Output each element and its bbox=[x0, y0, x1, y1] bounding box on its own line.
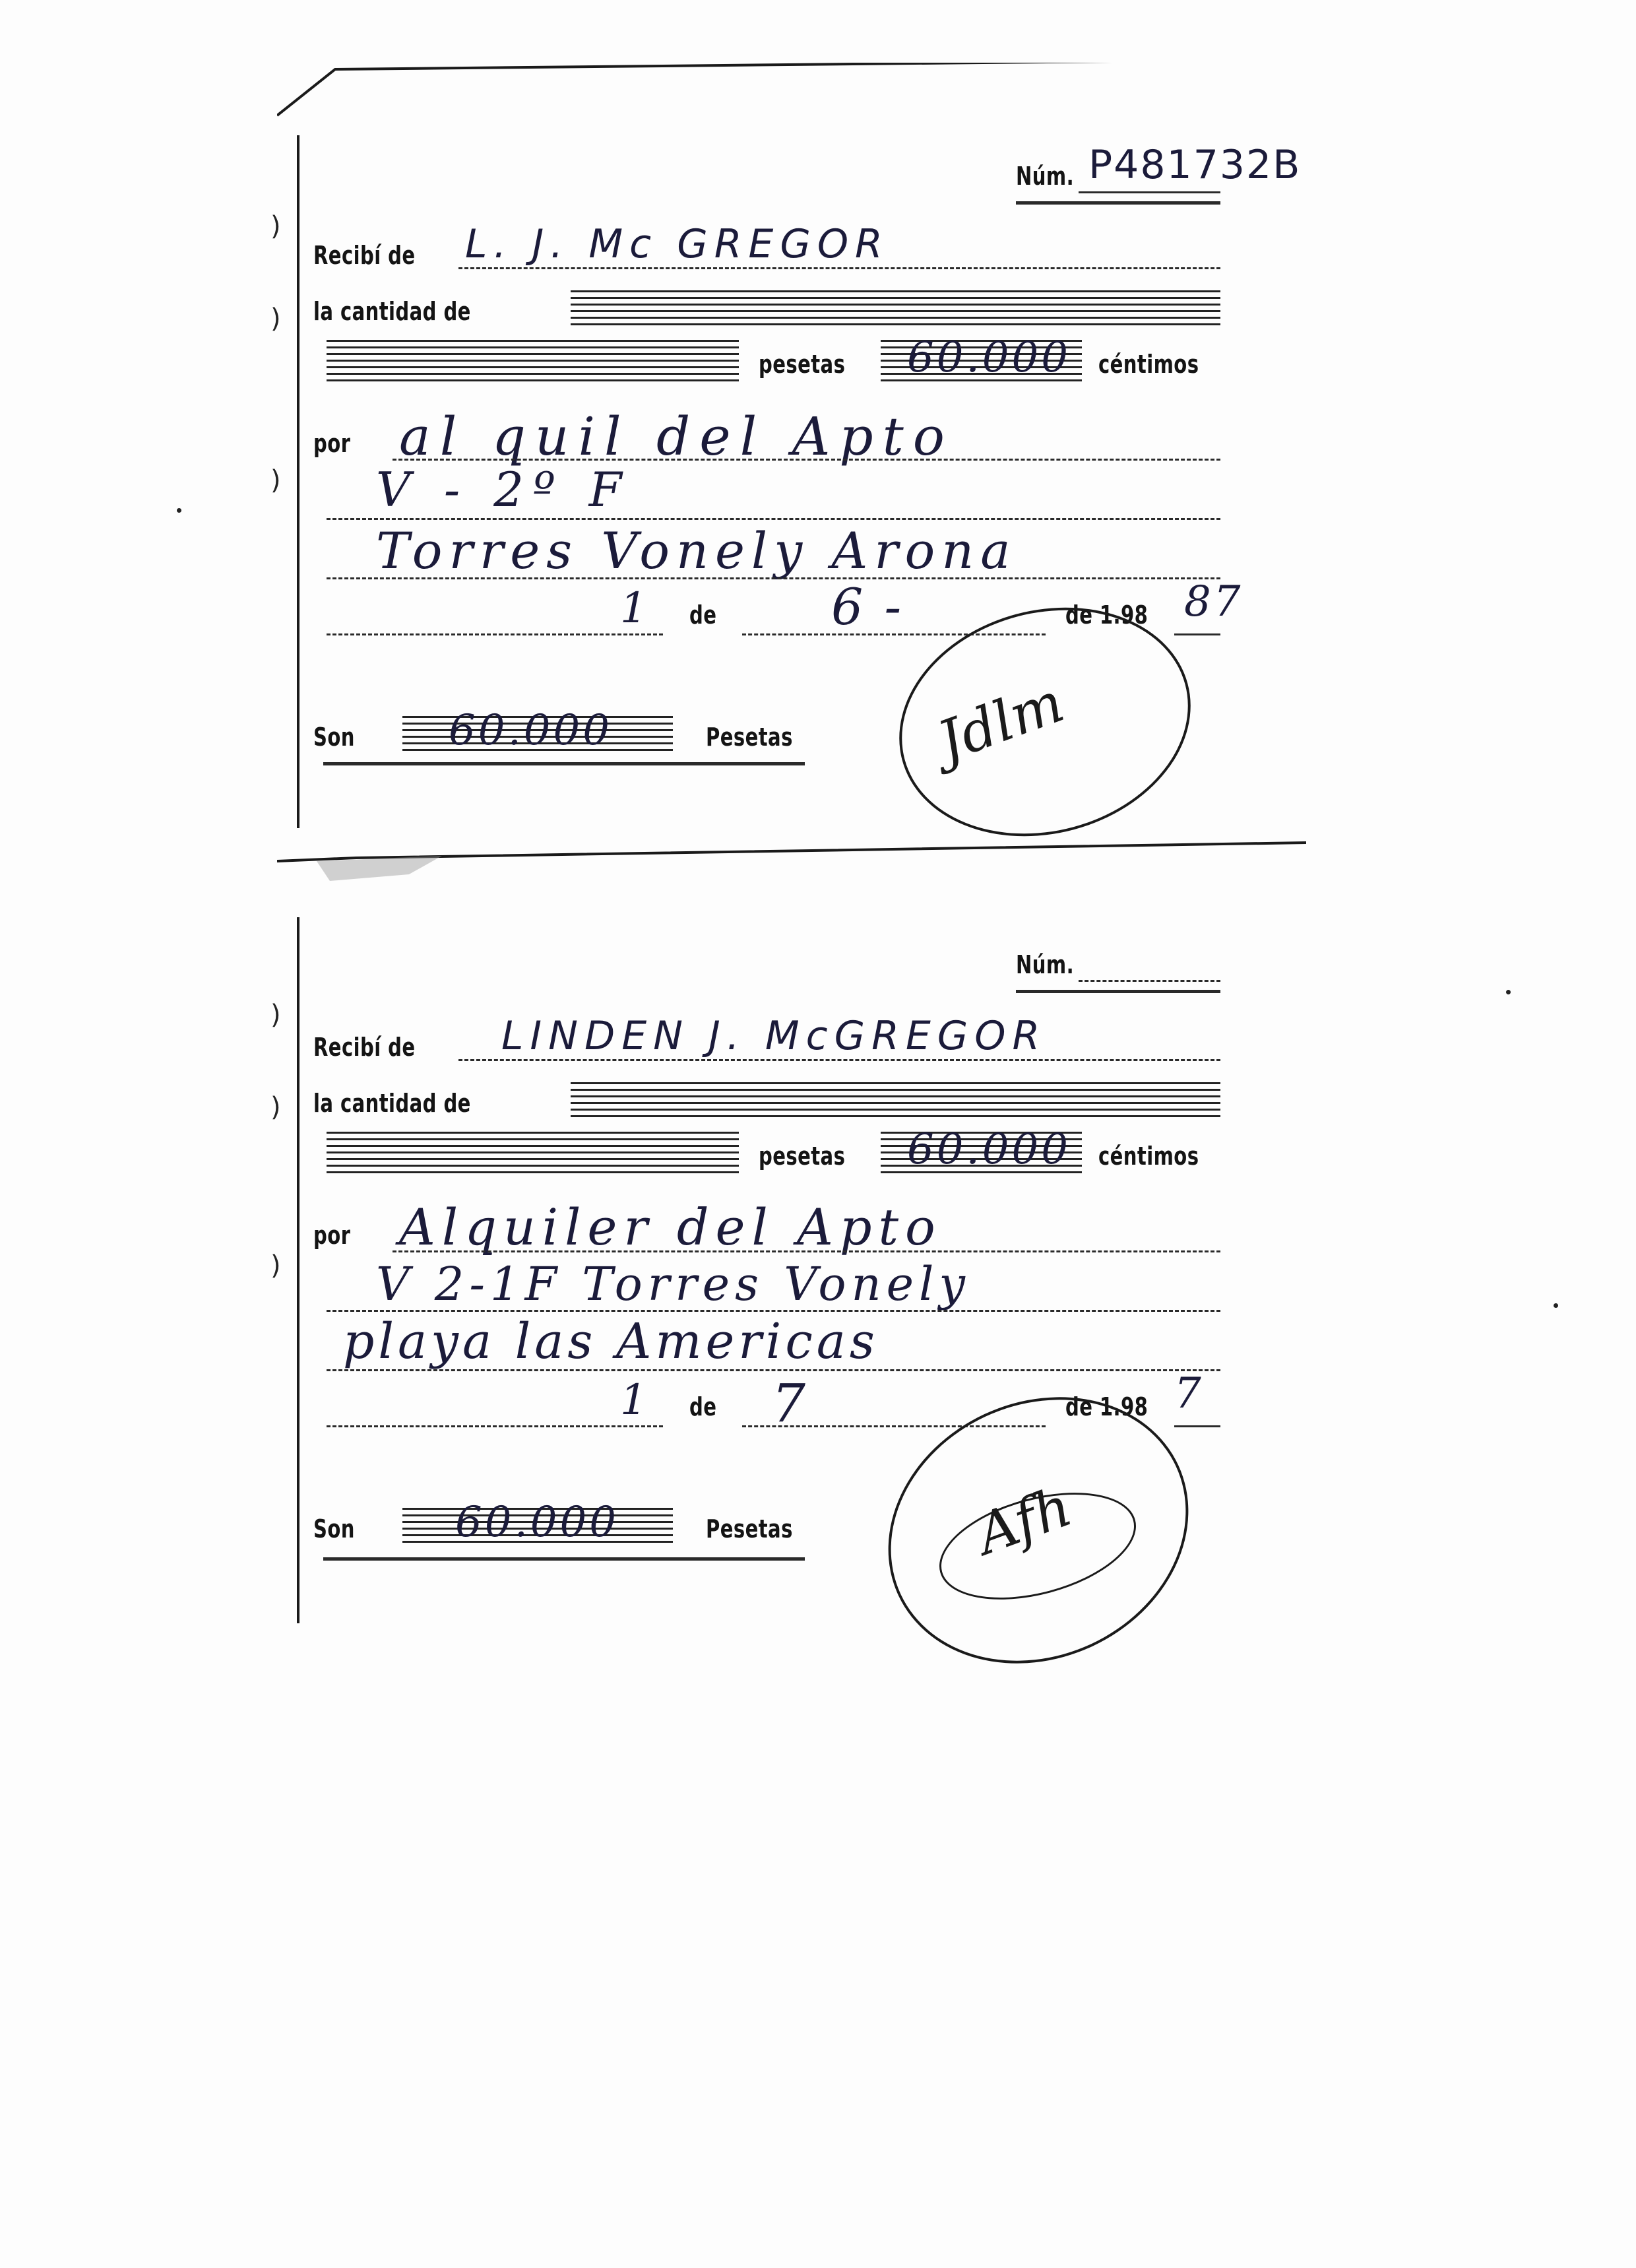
date-rule-day bbox=[327, 1425, 663, 1427]
centimos-label: céntimos bbox=[1098, 1142, 1199, 1171]
date-month: 6 - bbox=[831, 577, 904, 636]
receipt-top-edge bbox=[277, 835, 1306, 927]
for-label: por bbox=[313, 1221, 350, 1250]
receipt-2: ) ) ) Núm. Recibí de LINDEN J. McGREGOR … bbox=[277, 835, 1306, 1561]
for-line-2: V - 2º F bbox=[376, 462, 631, 517]
scan-speck bbox=[1506, 990, 1511, 994]
received-from-label: Recibí de bbox=[313, 1033, 415, 1062]
amount-hatch bbox=[571, 1082, 1220, 1118]
date-year-value: 87 bbox=[1184, 577, 1243, 626]
number-underline bbox=[1079, 191, 1220, 193]
for-line-2: V 2-1F Torres Vonely bbox=[376, 1257, 970, 1311]
scan-speck bbox=[177, 508, 181, 513]
number-underline bbox=[1079, 980, 1220, 982]
date-rule-year bbox=[1174, 633, 1220, 635]
date-de: de bbox=[689, 600, 716, 630]
binder-mark: ) bbox=[270, 1000, 277, 1030]
number-underline-2 bbox=[1016, 201, 1220, 205]
son-underline bbox=[323, 762, 805, 765]
for-rule-1 bbox=[393, 459, 1220, 461]
amount-hatch-2 bbox=[327, 340, 739, 383]
for-line-3: Torres Vonely Arona bbox=[376, 521, 1017, 580]
received-from-value: L. J. Mc GREGOR bbox=[465, 221, 889, 267]
date-de: de bbox=[689, 1392, 716, 1421]
number-label: Núm. bbox=[1016, 162, 1074, 191]
son-underline bbox=[323, 1557, 805, 1561]
number-label: Núm. bbox=[1016, 950, 1074, 979]
for-rule-3 bbox=[327, 1369, 1220, 1371]
son-value: 60.000 bbox=[455, 1498, 619, 1547]
for-line-1: Alquiler del Apto bbox=[399, 1198, 942, 1256]
son-label: Son bbox=[313, 1514, 355, 1543]
amount-hatch bbox=[571, 290, 1220, 327]
binder-mark: ) bbox=[270, 211, 277, 242]
son-currency-label: Pesetas bbox=[706, 1514, 793, 1543]
son-value: 60.000 bbox=[449, 706, 612, 755]
for-label: por bbox=[313, 429, 350, 458]
for-rule-2 bbox=[327, 1310, 1220, 1312]
date-day: 1 bbox=[620, 584, 650, 633]
for-rule-3 bbox=[327, 577, 1220, 579]
number-value: P481732B bbox=[1088, 142, 1301, 188]
centimos-label: céntimos bbox=[1098, 350, 1199, 379]
pesetas-value: 60.000 bbox=[907, 333, 1071, 382]
left-margin-rule bbox=[297, 917, 299, 1623]
son-label: Son bbox=[313, 723, 355, 752]
pesetas-value: 60.000 bbox=[907, 1125, 1071, 1174]
for-rule-1 bbox=[393, 1250, 1220, 1252]
received-from-value: LINDEN J. McGREGOR bbox=[501, 1013, 1046, 1059]
for-line-3: playa las Americas bbox=[343, 1313, 879, 1370]
date-rule-day bbox=[327, 633, 663, 635]
left-margin-rule bbox=[297, 135, 299, 828]
binder-mark: ) bbox=[270, 304, 277, 334]
amount-label: la cantidad de bbox=[313, 297, 471, 326]
pesetas-label: pesetas bbox=[759, 1142, 845, 1171]
son-currency-label: Pesetas bbox=[706, 723, 793, 752]
received-from-line bbox=[458, 1059, 1220, 1061]
amount-label: la cantidad de bbox=[313, 1089, 471, 1118]
received-from-label: Recibí de bbox=[313, 241, 415, 270]
amount-hatch-2 bbox=[327, 1132, 739, 1175]
date-day: 1 bbox=[620, 1376, 650, 1425]
date-year-value: 7 bbox=[1174, 1369, 1204, 1418]
binder-mark: ) bbox=[270, 465, 277, 496]
scan-speck bbox=[1554, 1303, 1558, 1308]
number-underline-2 bbox=[1016, 990, 1220, 993]
binder-mark: ) bbox=[270, 1092, 277, 1122]
received-from-line bbox=[458, 267, 1220, 269]
for-rule-2 bbox=[327, 518, 1220, 520]
receipt-1: ) ) ) Núm. P481732B Recibí de L. J. Mc G… bbox=[277, 63, 1306, 772]
pesetas-label: pesetas bbox=[759, 350, 845, 379]
receipt-top-edge bbox=[277, 63, 1306, 155]
binder-mark: ) bbox=[270, 1250, 277, 1281]
date-rule-year bbox=[1174, 1425, 1220, 1427]
